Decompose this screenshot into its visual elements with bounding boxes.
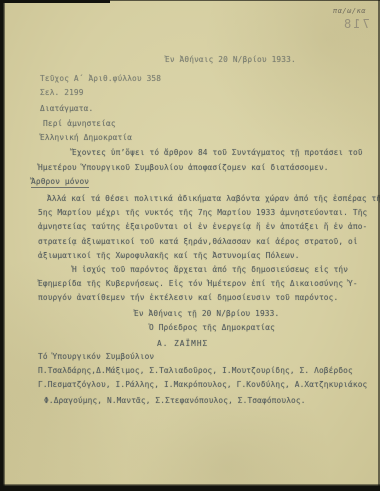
ministers-signature-line-1: Π.Τσαλδάρης,Δ.Μάξιμος, Σ.Ταλιαδοῦρος, Ι.… [38,366,353,375]
scan-edge-left [0,0,5,491]
body-line-4: στρατείᾳ ἀξιωματικοί τοῦ κατά ξηράν,θάλα… [38,237,358,246]
date-line: Ἐν Ἀθήναις 20 Ν/βρίου 1933. [165,55,296,64]
issue-number-line: Τεῦχος Α΄ Ἀριθ.φύλλου 358 [40,74,161,83]
bleed-through-page-number: 718 [342,17,370,31]
article-heading: Ἄρθρον μόνον [31,177,89,188]
scan-edge-bottom [0,484,380,491]
council-heading: Τό Ὑπουργικόν Συμβούλιον [38,352,154,361]
president-signature: Α. ΖΑΪΜΗΣ [157,339,208,348]
body-line-6: Ἡ ἰσχύς τοῦ παρόντος ἄρχεται ἀπό τῆς δημ… [72,265,348,274]
handwritten-archive-note: πα/ω/κα [333,7,366,15]
preamble-line-2: Ἡμετέρου Ὑπουργικοῦ Συμβουλίου ἀποφασίζο… [38,163,329,172]
subject-heading: Περί ἀμνηστείας [43,119,116,128]
decrees-heading: Διατάγματα. [40,104,93,113]
page-number-line: Σελ. 2199 [40,88,84,97]
body-line-1: Ἀλλά καί τά θέσει πολιτικά ἀδικήματα λαβ… [47,194,380,203]
preamble-line-1: Ἔχοντες ὑπ’ὄψει τό ἄρθρον 84 τοῦ Συντάγμ… [72,148,363,157]
body-line-8: πουργόν ἀνατίθεμεν τήν ἐκτέλεσιν καί δημ… [38,293,338,302]
closing-date-line: Ἐν Ἀθήναις τῇ 20 Ν/βρίου 1933. [134,309,279,318]
scanned-paper: πα/ω/κα 718 Ἐν Ἀθήναις 20 Ν/βρίου 1933. … [0,0,380,491]
president-title: Ὁ Πρόεδρος τῆς Δημοκρατίας [149,323,275,332]
body-line-3: ἀμνηστείας ταύτης ἐξαιροῦνται οἱ ἐν ἐνερ… [38,222,367,231]
body-line-7: Ἐφημερίδα τῆς Κυβερνήσεως. Εἰς τόν Ἡμέτε… [38,279,358,288]
ministers-signature-line-2: Γ.Πεσματζόγλου, Ι.Ράλλης, Ι.Μακρόπουλος,… [38,380,367,389]
body-line-5: ἀξιωματικοί τῆς Χωροφυλακῆς καί τῆς Ἀστυ… [38,251,300,260]
ministers-signature-line-3: Φ.Δραγούμης, Ν.Μαντᾶς, Σ.Στεφανόπουλος, … [44,396,306,405]
republic-heading: Ἑλληνική Δημοκρατία [40,133,132,142]
scan-edge-top [0,0,110,3]
body-line-2: 5ης Μαρτίου μέχρι τῆς νυκτός τῆς 7ης Μαρ… [38,208,367,217]
